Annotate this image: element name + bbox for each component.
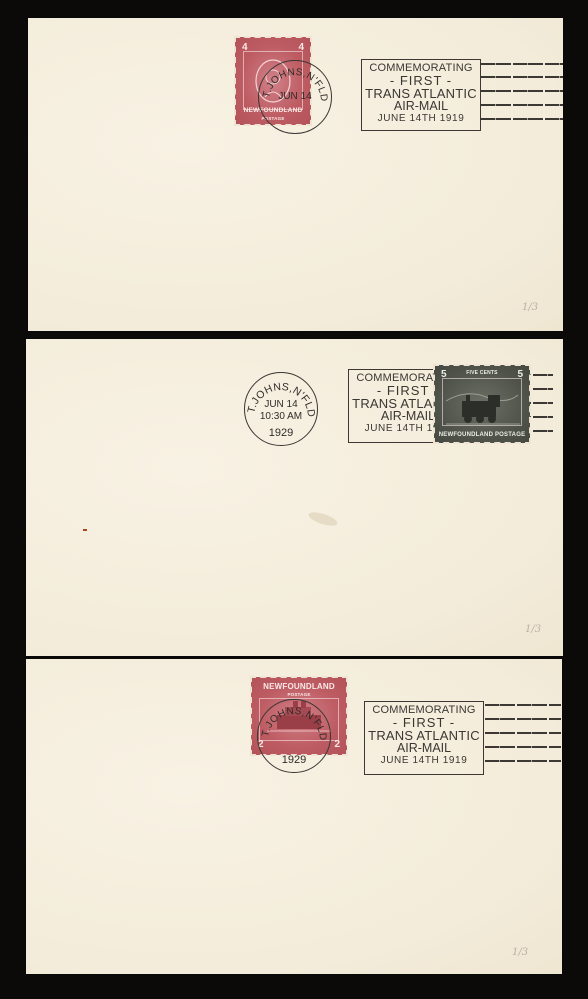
smudge-mark [307,510,339,529]
cds-date: JUN 14 [245,399,317,410]
locomotive-icon [436,367,528,441]
cds-postmark: ST.JOHNS,N'FLD. 1929 [257,699,331,773]
slogan-line-5: JUNE 14TH 1919 [365,755,483,766]
cds-date: JUN 14 [259,91,331,102]
cds-year: 1929 [245,427,317,439]
cover-3: NEWFOUNDLAND POSTAGE 2 2 ST.JOHNS,N'FLD.… [26,659,562,974]
cancel-bars [481,61,563,129]
cds-postmark: ST.JOHNS,N'FLD. JUN 14 10:30 AM 1929 [244,372,318,446]
slogan-cancel: COMMEMORATING - FIRST - TRANS ATLANTIC A… [364,701,484,775]
cover-2: ST.JOHNS,N'FLD. JUN 14 10:30 AM 1929 COM… [26,339,563,656]
pencil-note: 1/3 [522,302,538,313]
cds-time: 10:30 AM [245,411,317,422]
cancel-bars [485,702,561,772]
pencil-note: 1/3 [525,624,541,635]
cds-year: 1929 [258,754,330,766]
slogan-line-4: AIR-MAIL [362,100,480,113]
cover-1: 4 4 NEWFOUNDLAND POSTAGE ST.JOHNS,N'FLD.… [28,18,563,331]
pencil-note: 1/3 [512,947,528,958]
stamp-country: NEWFOUNDLAND POSTAGE [436,432,528,438]
slogan-cancel: COMMEMORATING - FIRST - TRANS ATLANTIC A… [361,59,481,131]
cds-postmark: ST.JOHNS,N'FLD. JUN 14 [258,60,332,134]
slogan-line-5: JUNE 14TH 1919 [362,113,480,124]
slogan-line-4: AIR-MAIL [365,742,483,755]
ink-speck [83,529,87,531]
stamp-5c-green: 5 5 FIVE CENTS NEWFOUNDLAND POSTAGE [434,365,530,443]
svg-text:ST.JOHNS,N'FLD.: ST.JOHNS,N'FLD. [258,700,328,741]
stamp-value-right: 2 [334,739,340,750]
